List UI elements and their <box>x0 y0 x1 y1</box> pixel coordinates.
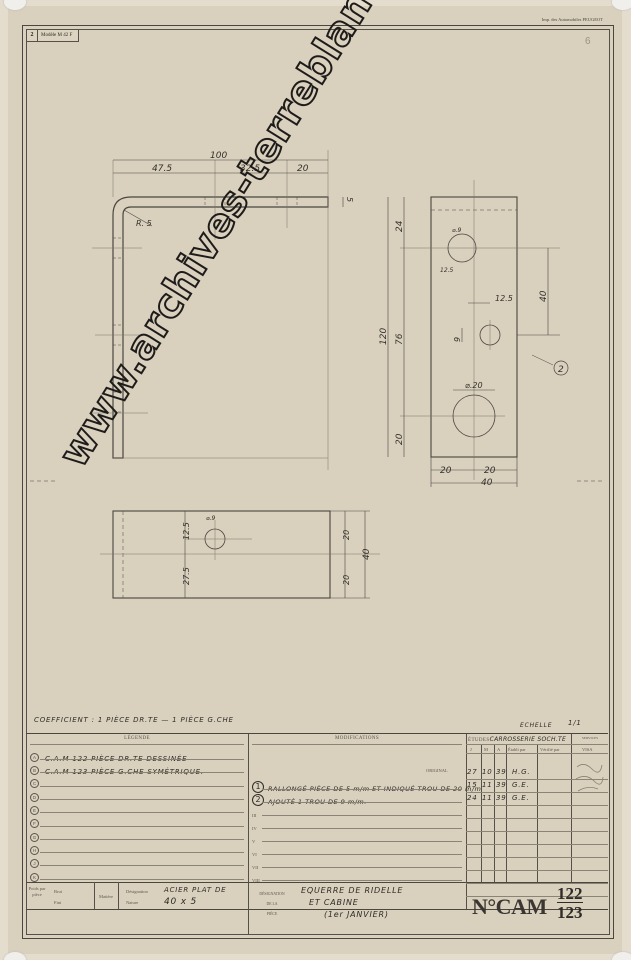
col-visa: VISA <box>582 747 593 752</box>
dim-thickness: 5 <box>345 197 354 202</box>
part-callout: 2 <box>558 365 564 375</box>
modification-number: VIII <box>252 878 260 883</box>
etudes-prefix: ÉTUDES <box>468 738 490 743</box>
dim-overall: 100 <box>210 151 227 161</box>
etude-month: 11 <box>482 794 493 802</box>
bottom-hole-label: ⌀.9 <box>206 515 216 522</box>
col-verifie: Vérifié par <box>540 747 560 752</box>
small-hole-label-2: 12.5 <box>440 267 454 274</box>
width-total: 40 <box>481 478 493 488</box>
part-name-line2: ET CABINE <box>309 898 359 907</box>
part-designation-label-2: DE LA <box>252 902 292 906</box>
original-label: ORIGINAL <box>426 768 448 773</box>
designation-label: Désignation <box>126 889 148 894</box>
etude-year: 39 <box>496 781 507 789</box>
title-block: LÉGENDE A C.A.M 122 PIÈCE DR.TE DESSINÉE… <box>26 733 608 934</box>
bottom-right-total: 40 <box>362 548 372 560</box>
etudes-header: ÉTUDESCARROSSERIE SOCH.TE <box>468 736 566 743</box>
scale-label: ECHELLE <box>520 722 552 729</box>
etude-established-by: G.E. <box>512 794 530 802</box>
etude-day: 15 <box>467 781 478 789</box>
width-left: 20 <box>440 466 452 476</box>
etude-month: 10 <box>482 768 493 776</box>
col-etabli-label: Établi par <box>508 747 526 752</box>
bottom-dim-bottom: 27.5 <box>182 567 191 585</box>
legend-letter-icon: K <box>30 873 39 882</box>
fini-label: Fini <box>54 900 61 905</box>
col-a: A <box>497 747 500 752</box>
dim-hole-gap: 9 <box>453 337 462 342</box>
modifications-header: MODIFICATIONS <box>248 736 466 741</box>
etude-established-by: H.G. <box>512 768 530 776</box>
etudes-department: CARROSSERIE SOCH.TE <box>490 736 566 743</box>
services-header: SERVICES <box>572 736 608 740</box>
col-m: M <box>484 747 488 752</box>
dim-top: 24 <box>395 220 405 232</box>
legend-header: LÉGENDE <box>26 736 248 741</box>
col-j: J <box>470 747 472 752</box>
brut-label: Brut <box>54 889 62 894</box>
nature-value: 40 x 5 <box>164 897 197 907</box>
part-number-prefix: N°CAM <box>472 894 547 920</box>
etude-established-by: G.E. <box>512 781 530 789</box>
part-designation-label-3: PIÈCE <box>252 912 292 916</box>
dim-bottom: 20 <box>395 433 405 445</box>
etude-year: 39 <box>496 768 507 776</box>
bottom-right-bottom: 20 <box>342 575 351 585</box>
dim-total-height: 120 <box>379 328 389 345</box>
visa-signature <box>574 759 604 799</box>
etude-day: 24 <box>467 794 478 802</box>
nature-label: Nature <box>126 900 138 905</box>
small-hole-label: ⌀.9 <box>452 227 462 234</box>
etude-year: 39 <box>496 794 507 802</box>
dim-c: 20 <box>297 164 309 174</box>
part-number-top: 122 <box>557 885 583 903</box>
matiere-label: Matière <box>99 894 113 899</box>
part-designation-label: DÉSIGNATION <box>252 892 292 896</box>
large-hole-label: ⌀.20 <box>465 381 483 390</box>
coefficient-note: COEFFICIENT : 1 PIÈCE DR.TE — 1 PIÈCE G.… <box>34 716 234 724</box>
etude-month: 11 <box>482 781 493 789</box>
bottom-dim-top: 12.5 <box>182 522 191 540</box>
designation-value: ACIER PLAT DE <box>164 886 226 894</box>
etude-day: 27 <box>467 768 478 776</box>
dim-radius: R. 5 <box>136 219 152 228</box>
scale-value: 1/1 <box>568 719 582 727</box>
part-name-line1: EQUERRE DE RIDELLE <box>301 886 403 895</box>
part-number-bottom: 123 <box>557 904 583 921</box>
dim-hole-offset: 40 <box>539 290 549 302</box>
pin-bottom-right <box>612 952 631 960</box>
dim-hole-x: 12.5 <box>495 294 513 303</box>
bottom-right-top: 20 <box>342 530 351 540</box>
dim-a: 47.5 <box>152 164 172 174</box>
poids-label: Poids par pièce <box>28 886 46 898</box>
width-right: 20 <box>484 466 496 476</box>
dim-mid: 76 <box>395 333 405 345</box>
part-name-line3: (1er JANVIER) <box>324 910 389 919</box>
